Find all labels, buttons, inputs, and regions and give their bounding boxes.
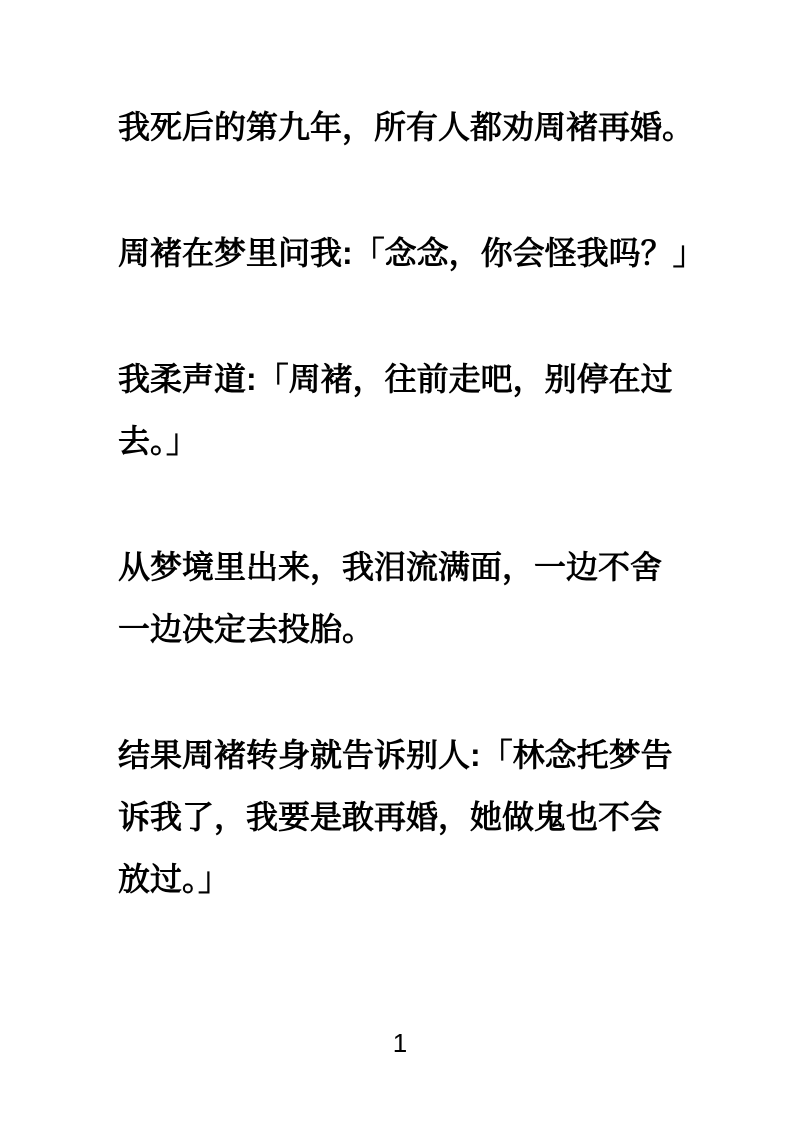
paragraph: 从梦境里出来，我泪流满面，一边不舍一边决定去投胎。 bbox=[118, 536, 718, 660]
paragraph: 周褚在梦里问我:「念念，你会怪我吗？」 bbox=[118, 222, 718, 284]
paragraph: 我柔声道:「周褚，往前走吧，别停在过去。」 bbox=[118, 348, 718, 472]
text-line: 从梦境里出来，我泪流满面，一边不舍 bbox=[118, 536, 718, 598]
text-line: 我死后的第九年，所有人都劝周褚再婚。 bbox=[118, 96, 718, 158]
paragraph: 我死后的第九年，所有人都劝周褚再婚。 bbox=[118, 96, 718, 158]
text-line: 周褚在梦里问我:「念念，你会怪我吗？」 bbox=[118, 222, 718, 284]
text-line: 结果周褚转身就告诉别人:「林念托梦告 bbox=[118, 724, 718, 786]
text-line: 放过。」 bbox=[118, 848, 718, 910]
paragraph: 结果周褚转身就告诉别人:「林念托梦告诉我了，我要是敢再婚，她做鬼也不会放过。」 bbox=[118, 724, 718, 910]
story-text: 我死后的第九年，所有人都劝周褚再婚。周褚在梦里问我:「念念，你会怪我吗？」我柔声… bbox=[118, 96, 718, 910]
page-number: 1 bbox=[0, 1028, 800, 1058]
text-line: 我柔声道:「周褚，往前走吧，别停在过 bbox=[118, 348, 718, 410]
text-line: 诉我了，我要是敢再婚，她做鬼也不会 bbox=[118, 786, 718, 848]
text-line: 去。」 bbox=[118, 410, 718, 472]
text-line: 一边决定去投胎。 bbox=[118, 598, 718, 660]
document-page: 我死后的第九年，所有人都劝周褚再婚。周褚在梦里问我:「念念，你会怪我吗？」我柔声… bbox=[0, 0, 800, 1131]
